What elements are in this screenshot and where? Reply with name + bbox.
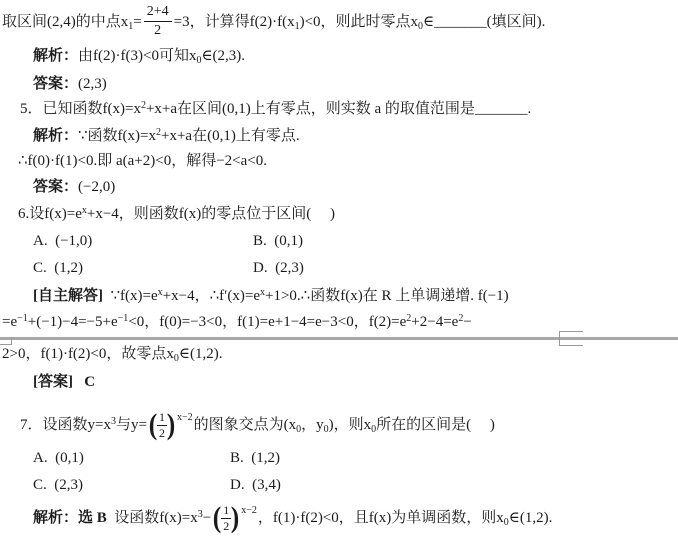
jiexi-text: 解析：∵函数f(x)=x2+x+a在(0,1)上有零点. <box>33 128 300 144</box>
right-paren: ) <box>167 407 176 443</box>
option-b: B. (0,1) <box>253 233 303 249</box>
daan-text: 答案：(−2,0) <box>33 179 115 195</box>
question-7-solution: 解析：选 B 设函数f(x)=x3−(12)x−2，f(1)·f(2)<0，且f… <box>33 497 552 540</box>
q4-daan-line: 答案：(2,3) <box>33 76 107 92</box>
daan-text: 答案：(2,3) <box>33 76 107 92</box>
solution-text: 解析：选 B 设函数f(x)=x3− <box>33 510 211 526</box>
solution-text: =e−1+(−1)−4=−5+e−1<0，f(0)=−3<0，f(1)=e+1−… <box>2 314 472 330</box>
question-6-solution-line2: =e−1+(−1)−4=−5+e−1<0，f(0)=−3<0，f(1)=e+1−… <box>2 314 472 332</box>
solution-text: 2>0，f(1)·f(2)<0，故零点x0∈(1,2). <box>2 346 222 362</box>
fraction-denominator: 2 <box>144 22 172 39</box>
fraction-one-half-power: (12)x−2 <box>212 498 257 540</box>
question-6-answer: [答案] C <box>33 374 95 390</box>
fraction-numerator: 1 <box>157 411 167 426</box>
stem-text: 的图象交点为(x0，y0)，则x0所在的区间是( ) <box>194 417 495 433</box>
fraction-one-half-power: (12)x−2 <box>148 405 193 447</box>
math-text: 取区间(2,4)的中点x1= <box>2 14 142 30</box>
left-boundary-marker <box>0 338 12 345</box>
fraction-denominator: 2 <box>157 426 167 440</box>
question-6-stem: 6.设f(x)=ex+x−4，则函数f(x)的零点位于区间( ) <box>18 206 335 224</box>
option-d: D. (2,3) <box>253 260 304 276</box>
math-text: =3，计算得f(2)·f(x1)<0，则此时零点x0∈_______(填区间). <box>174 14 546 30</box>
right-paren: ) <box>231 500 240 536</box>
option-a: A. (−1,0) <box>33 233 253 249</box>
question-7-options-ab: A. (0,1)B. (1,2) <box>33 450 280 466</box>
option-c: C. (1,2) <box>33 260 253 276</box>
question-6-options-cd: C. (1,2)D. (2,3) <box>33 260 304 276</box>
question-5-step: ∴f(0)·f(1)<0.即 a(a+2)<0，解得−2<a<0. <box>18 153 267 169</box>
q4-jiexi-line: 解析：由f(2)·f(3)<0可知x0∈(2,3). <box>33 48 245 66</box>
fraction-numerator: 1 <box>221 504 231 519</box>
question-5-jiexi: 解析：∵函数f(x)=x2+x+a在(0,1)上有零点. <box>33 128 300 146</box>
option-c: C. (2,3) <box>33 477 230 493</box>
right-boundary-marker <box>559 331 583 346</box>
option-b: B. (1,2) <box>230 450 280 466</box>
fraction-denominator: 2 <box>221 519 231 533</box>
fraction-numerator: 2+4 <box>144 4 172 22</box>
document-page: 取区间(2,4)的中点x1=2+42=3，计算得f(2)·f(x1)<0，则此时… <box>0 0 678 540</box>
exponent: x−2 <box>177 397 193 439</box>
jiexi-text: 解析：由f(2)·f(3)<0可知x0∈(2,3). <box>33 48 245 64</box>
fraction-2plus4-over-2: 2+42 <box>144 4 172 39</box>
question-6-options-ab: A. (−1,0)B. (0,1) <box>33 233 303 249</box>
stem-text: 5．已知函数f(x)=x2+x+a在区间(0,1)上有零点，则实数 a 的取值范… <box>20 101 531 117</box>
exponent: x−2 <box>241 490 257 532</box>
step-text: ∴f(0)·f(1)<0.即 a(a+2)<0，解得−2<a<0. <box>18 153 267 169</box>
solution-text: [自主解答] ∵f(x)=ex+x−4，∴f′(x)=ex+1>0.∴函数f(x… <box>33 288 509 304</box>
question-5-stem: 5．已知函数f(x)=x2+x+a在区间(0,1)上有零点，则实数 a 的取值范… <box>20 101 531 119</box>
option-a: A. (0,1) <box>33 450 230 466</box>
q4-continuation-line: 取区间(2,4)的中点x1=2+42=3，计算得f(2)·f(x1)<0，则此时… <box>2 4 545 42</box>
stem-text: 6.设f(x)=ex+x−4，则函数f(x)的零点位于区间( ) <box>18 206 335 222</box>
question-5-daan: 答案：(−2,0) <box>33 179 115 195</box>
left-paren: ( <box>149 407 158 443</box>
question-7-stem: 7．设函数y=x3与y=(12)x−2的图象交点为(x0，y0)，则x0所在的区… <box>20 404 495 448</box>
left-paren: ( <box>213 500 222 536</box>
solution-text: ，f(1)·f(2)<0，且f(x)为单调函数，则x0∈(1,2). <box>258 510 553 526</box>
answer-text: [答案] C <box>33 374 95 390</box>
question-6-solution-line1: [自主解答] ∵f(x)=ex+x−4，∴f′(x)=ex+1>0.∴函数f(x… <box>33 288 509 306</box>
question-6-solution-line3: 2>0，f(1)·f(2)<0，故零点x0∈(1,2). <box>2 346 222 364</box>
stem-text: 7．设函数y=x3与y= <box>20 417 147 433</box>
